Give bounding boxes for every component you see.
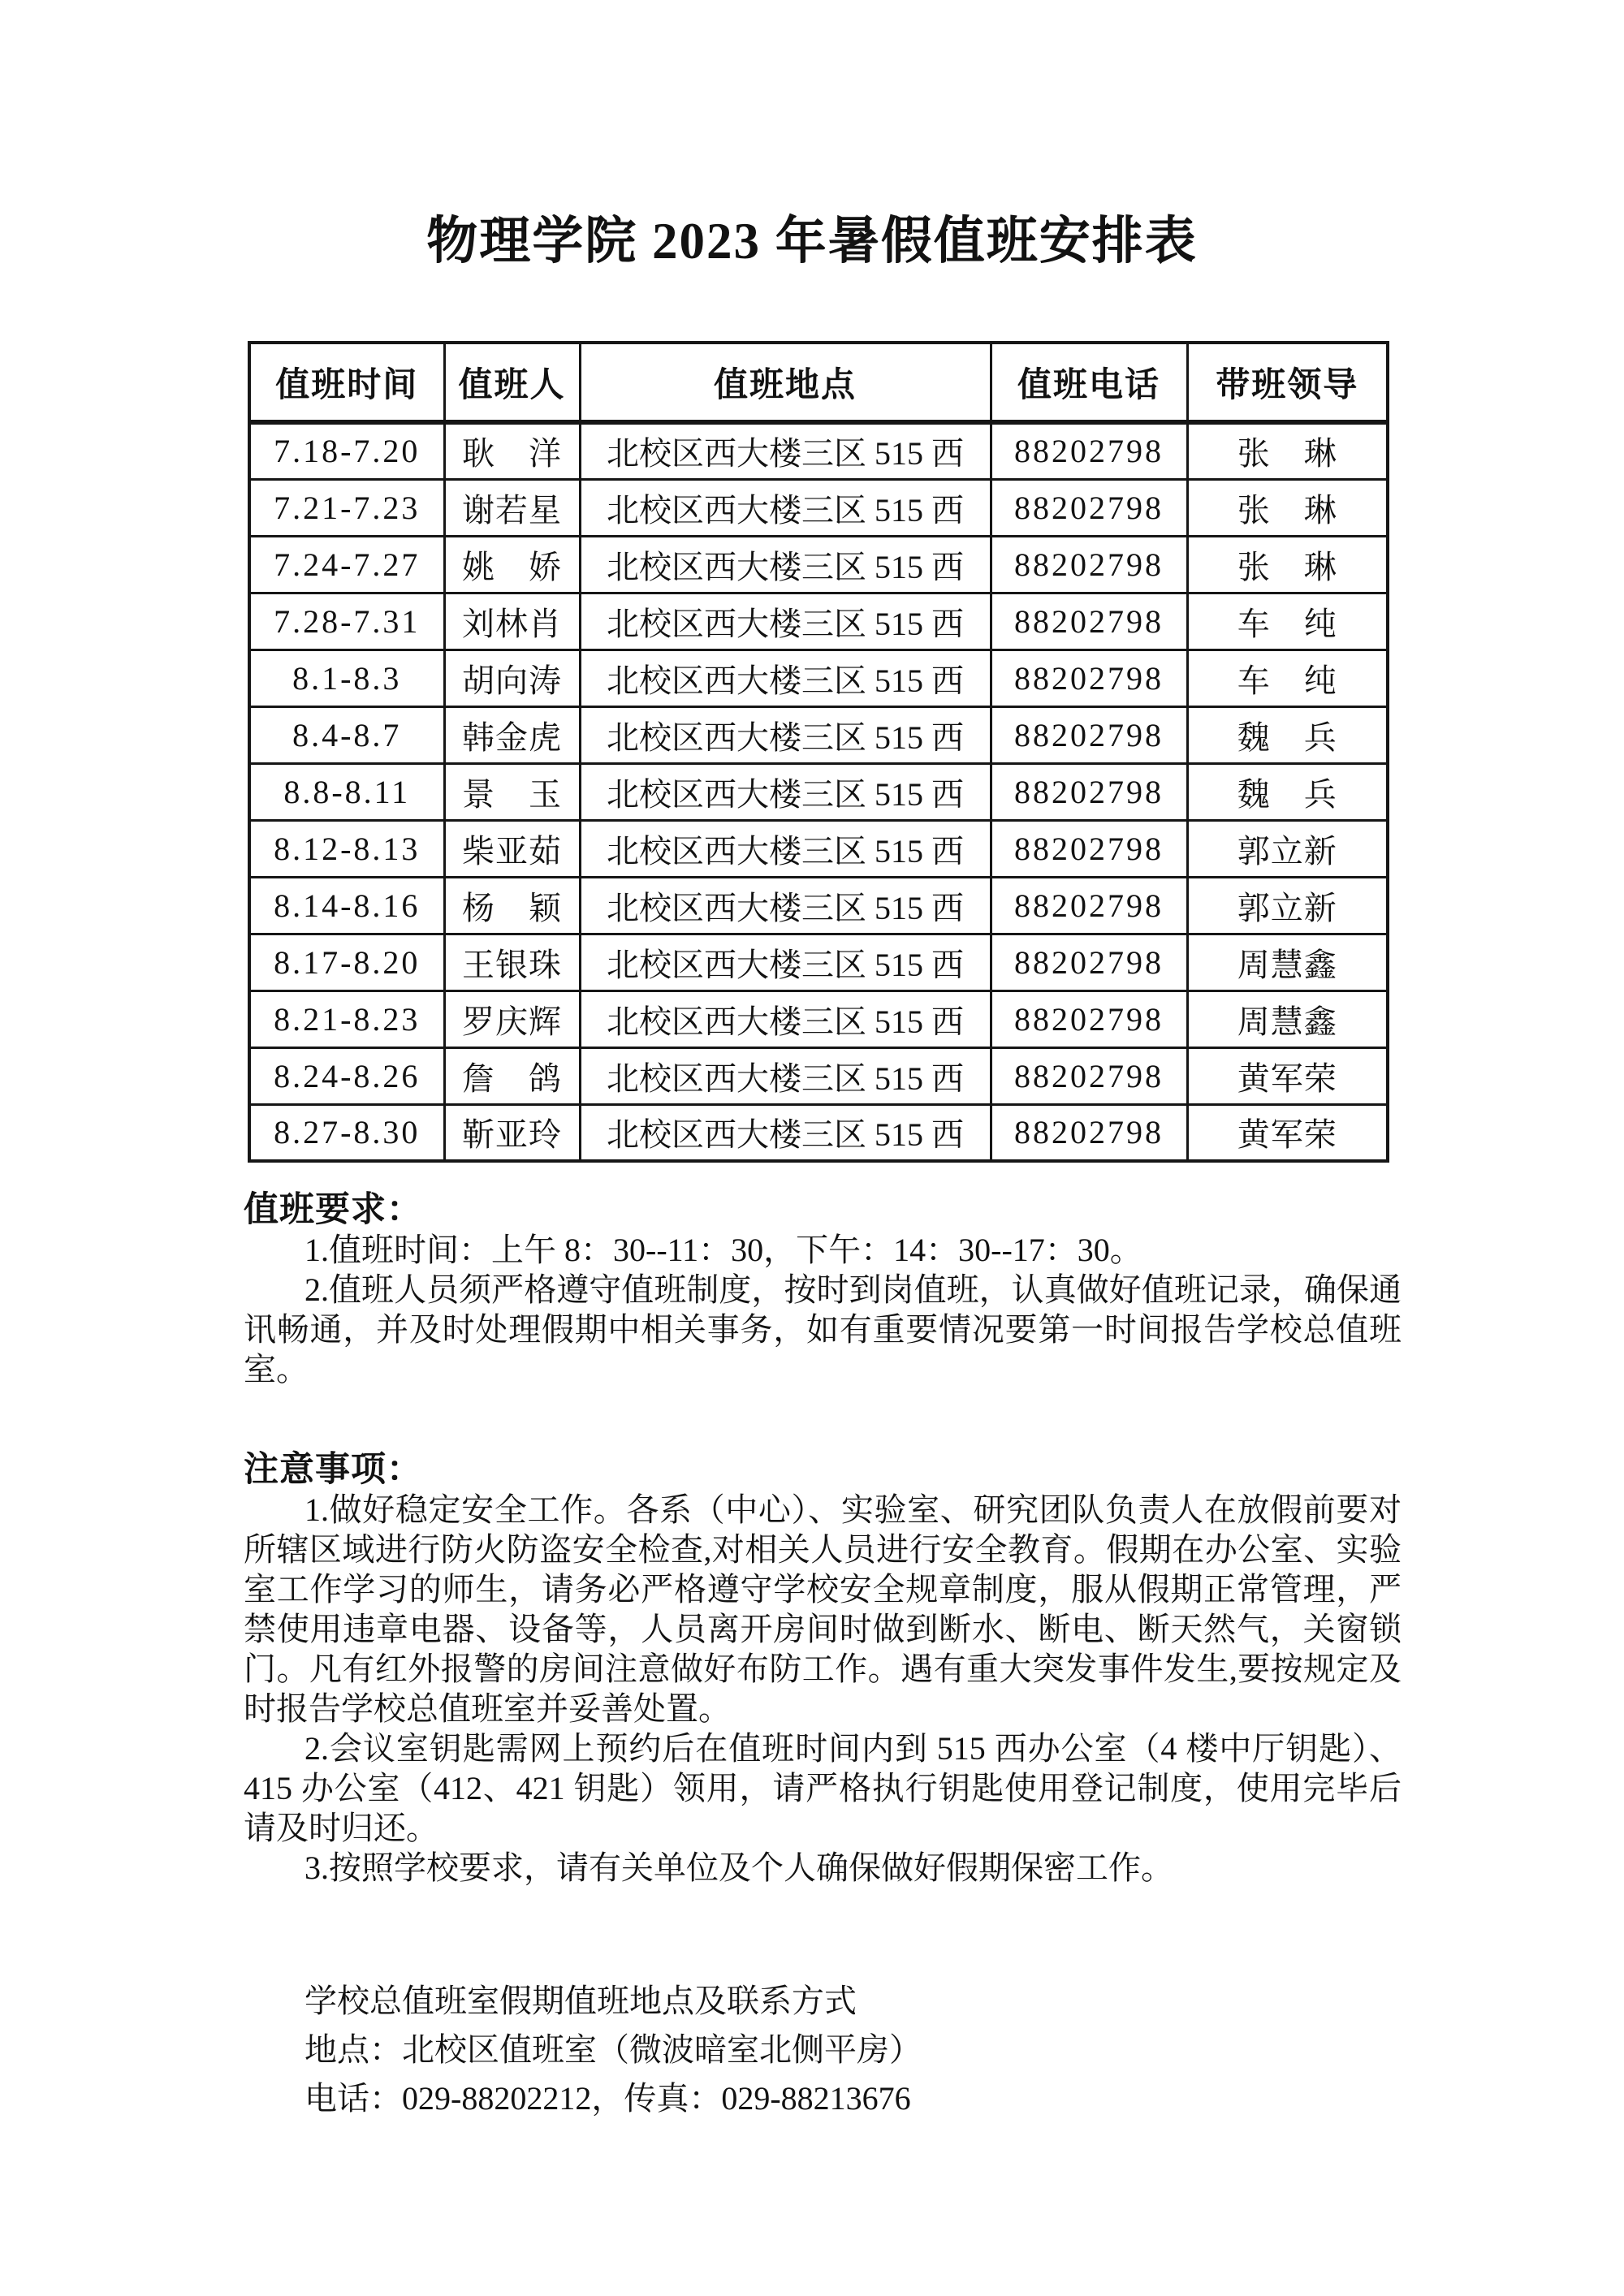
cell-phone: 88202798 <box>991 593 1187 650</box>
cell-phone: 88202798 <box>991 422 1187 479</box>
cell-time: 7.24-7.27 <box>249 536 444 593</box>
cell-person: 王银珠 <box>444 934 580 990</box>
header-cell-person: 值班人 <box>444 343 580 422</box>
header-cell-time: 值班时间 <box>249 343 444 422</box>
document-title: 物理学院 2023 年暑假值班安排表 <box>0 0 1624 280</box>
table-row: 8.21-8.23罗庆辉北校区西大楼三区 515 西88202798周慧鑫 <box>249 990 1388 1047</box>
cell-person: 胡向涛 <box>444 650 580 706</box>
table-row: 8.12-8.13柴亚茹北校区西大楼三区 515 西88202798郭立新 <box>249 820 1388 877</box>
cell-location: 北校区西大楼三区 515 西 <box>580 934 991 990</box>
cell-leader: 车 纯 <box>1187 593 1388 650</box>
notes-heading: 注意事项： <box>244 1450 1402 1490</box>
cell-time: 8.14-8.16 <box>249 877 444 934</box>
cell-person: 谢若星 <box>444 479 580 536</box>
header-cell-location: 值班地点 <box>580 343 991 422</box>
document-body: 值班要求： 1.值班时间：上午 8：30--11：30，下午：14：30--17… <box>244 1174 1402 2123</box>
cell-leader: 魏 兵 <box>1187 763 1388 820</box>
cell-leader: 黄军荣 <box>1187 1104 1388 1161</box>
table-row: 7.21-7.23谢若星北校区西大楼三区 515 西88202798张 琳 <box>249 479 1388 536</box>
cell-leader: 魏 兵 <box>1187 706 1388 763</box>
cell-time: 8.1-8.3 <box>249 650 444 706</box>
cell-phone: 88202798 <box>991 1104 1187 1161</box>
cell-time: 8.4-8.7 <box>249 706 444 763</box>
cell-phone: 88202798 <box>991 934 1187 990</box>
cell-time: 8.17-8.20 <box>249 934 444 990</box>
cell-leader: 郭立新 <box>1187 820 1388 877</box>
cell-location: 北校区西大楼三区 515 西 <box>580 706 991 763</box>
table-row: 8.8-8.11景 玉北校区西大楼三区 515 西88202798魏 兵 <box>249 763 1388 820</box>
contact-phone: 电话：029-88202212，传真：029-88213676 <box>304 2074 1402 2123</box>
requirements-item-2: 2.值班人员须严格遵守值班制度，按时到岗值班，认真做好值班记录，确保通讯畅通，并… <box>244 1270 1402 1389</box>
cell-person: 靳亚玲 <box>444 1104 580 1161</box>
cell-location: 北校区西大楼三区 515 西 <box>580 1104 991 1161</box>
cell-time: 8.27-8.30 <box>249 1104 444 1161</box>
cell-location: 北校区西大楼三区 515 西 <box>580 820 991 877</box>
contact-title: 学校总值班室假期值班地点及联系方式 <box>304 1977 1402 2026</box>
cell-location: 北校区西大楼三区 515 西 <box>580 479 991 536</box>
cell-location: 北校区西大楼三区 515 西 <box>580 536 991 593</box>
cell-location: 北校区西大楼三区 515 西 <box>580 990 991 1047</box>
cell-phone: 88202798 <box>991 1047 1187 1104</box>
table-row: 8.14-8.16杨 颖北校区西大楼三区 515 西88202798郭立新 <box>249 877 1388 934</box>
table-row: 8.1-8.3胡向涛北校区西大楼三区 515 西88202798车 纯 <box>249 650 1388 706</box>
cell-person: 柴亚茹 <box>444 820 580 877</box>
cell-phone: 88202798 <box>991 877 1187 934</box>
cell-leader: 张 琳 <box>1187 422 1388 479</box>
duty-schedule-table: 值班时间 值班人 值班地点 值班电话 带班领导 7.18-7.20耿 洋北校区西… <box>248 341 1389 1163</box>
duty-table-body: 7.18-7.20耿 洋北校区西大楼三区 515 西88202798张 琳7.2… <box>249 422 1388 1161</box>
cell-time: 7.18-7.20 <box>249 422 444 479</box>
contact-block: 学校总值班室假期值班地点及联系方式 地点：北校区值班室（微波暗室北侧平房） 电话… <box>244 1977 1402 2123</box>
cell-phone: 88202798 <box>991 820 1187 877</box>
table-row: 7.24-7.27姚 娇北校区西大楼三区 515 西88202798张 琳 <box>249 536 1388 593</box>
notes-item-2: 2.会议室钥匙需网上预约后在值班时间内到 515 西办公室（4 楼中厅钥匙）、4… <box>244 1728 1402 1848</box>
table-row: 7.18-7.20耿 洋北校区西大楼三区 515 西88202798张 琳 <box>249 422 1388 479</box>
notes-item-3: 3.按照学校要求，请有关单位及个人确保做好假期保密工作。 <box>244 1848 1402 1888</box>
cell-phone: 88202798 <box>991 479 1187 536</box>
cell-time: 8.24-8.26 <box>249 1047 444 1104</box>
cell-phone: 88202798 <box>991 990 1187 1047</box>
cell-leader: 周慧鑫 <box>1187 990 1388 1047</box>
cell-leader: 黄军荣 <box>1187 1047 1388 1104</box>
cell-location: 北校区西大楼三区 515 西 <box>580 593 991 650</box>
cell-leader: 张 琳 <box>1187 536 1388 593</box>
cell-time: 7.28-7.31 <box>249 593 444 650</box>
cell-phone: 88202798 <box>991 536 1187 593</box>
contact-location: 地点：北校区值班室（微波暗室北侧平房） <box>304 2026 1402 2074</box>
cell-person: 罗庆辉 <box>444 990 580 1047</box>
cell-person: 耿 洋 <box>444 422 580 479</box>
cell-location: 北校区西大楼三区 515 西 <box>580 422 991 479</box>
cell-phone: 88202798 <box>991 650 1187 706</box>
cell-person: 詹 鸽 <box>444 1047 580 1104</box>
cell-leader: 周慧鑫 <box>1187 934 1388 990</box>
table-row: 8.4-8.7韩金虎北校区西大楼三区 515 西88202798魏 兵 <box>249 706 1388 763</box>
cell-phone: 88202798 <box>991 763 1187 820</box>
requirements-heading: 值班要求： <box>244 1190 1402 1230</box>
cell-time: 8.21-8.23 <box>249 990 444 1047</box>
table-row: 8.24-8.26詹 鸽北校区西大楼三区 515 西88202798黄军荣 <box>249 1047 1388 1104</box>
requirements-item-1: 1.值班时间：上午 8：30--11：30，下午：14：30--17：30。 <box>244 1230 1402 1270</box>
cell-time: 8.12-8.13 <box>249 820 444 877</box>
cell-person: 杨 颖 <box>444 877 580 934</box>
header-cell-leader: 带班领导 <box>1187 343 1388 422</box>
cell-person: 韩金虎 <box>444 706 580 763</box>
header-cell-phone: 值班电话 <box>991 343 1187 422</box>
document-page: 物理学院 2023 年暑假值班安排表 值班时间 值班人 值班地点 值班电话 带班… <box>0 0 1624 2296</box>
cell-person: 景 玉 <box>444 763 580 820</box>
cell-location: 北校区西大楼三区 515 西 <box>580 1047 991 1104</box>
cell-leader: 车 纯 <box>1187 650 1388 706</box>
cell-person: 刘林肖 <box>444 593 580 650</box>
table-row: 8.27-8.30靳亚玲北校区西大楼三区 515 西88202798黄军荣 <box>249 1104 1388 1161</box>
table-header-row: 值班时间 值班人 值班地点 值班电话 带班领导 <box>249 343 1388 422</box>
table-row: 7.28-7.31刘林肖北校区西大楼三区 515 西88202798车 纯 <box>249 593 1388 650</box>
table-row: 8.17-8.20王银珠北校区西大楼三区 515 西88202798周慧鑫 <box>249 934 1388 990</box>
cell-time: 8.8-8.11 <box>249 763 444 820</box>
notes-item-1: 1.做好稳定安全工作。各系（中心）、实验室、研究团队负责人在放假前要对所辖区域进… <box>244 1490 1402 1728</box>
cell-time: 7.21-7.23 <box>249 479 444 536</box>
cell-location: 北校区西大楼三区 515 西 <box>580 763 991 820</box>
cell-location: 北校区西大楼三区 515 西 <box>580 877 991 934</box>
cell-location: 北校区西大楼三区 515 西 <box>580 650 991 706</box>
cell-leader: 郭立新 <box>1187 877 1388 934</box>
cell-person: 姚 娇 <box>444 536 580 593</box>
cell-phone: 88202798 <box>991 706 1187 763</box>
cell-leader: 张 琳 <box>1187 479 1388 536</box>
